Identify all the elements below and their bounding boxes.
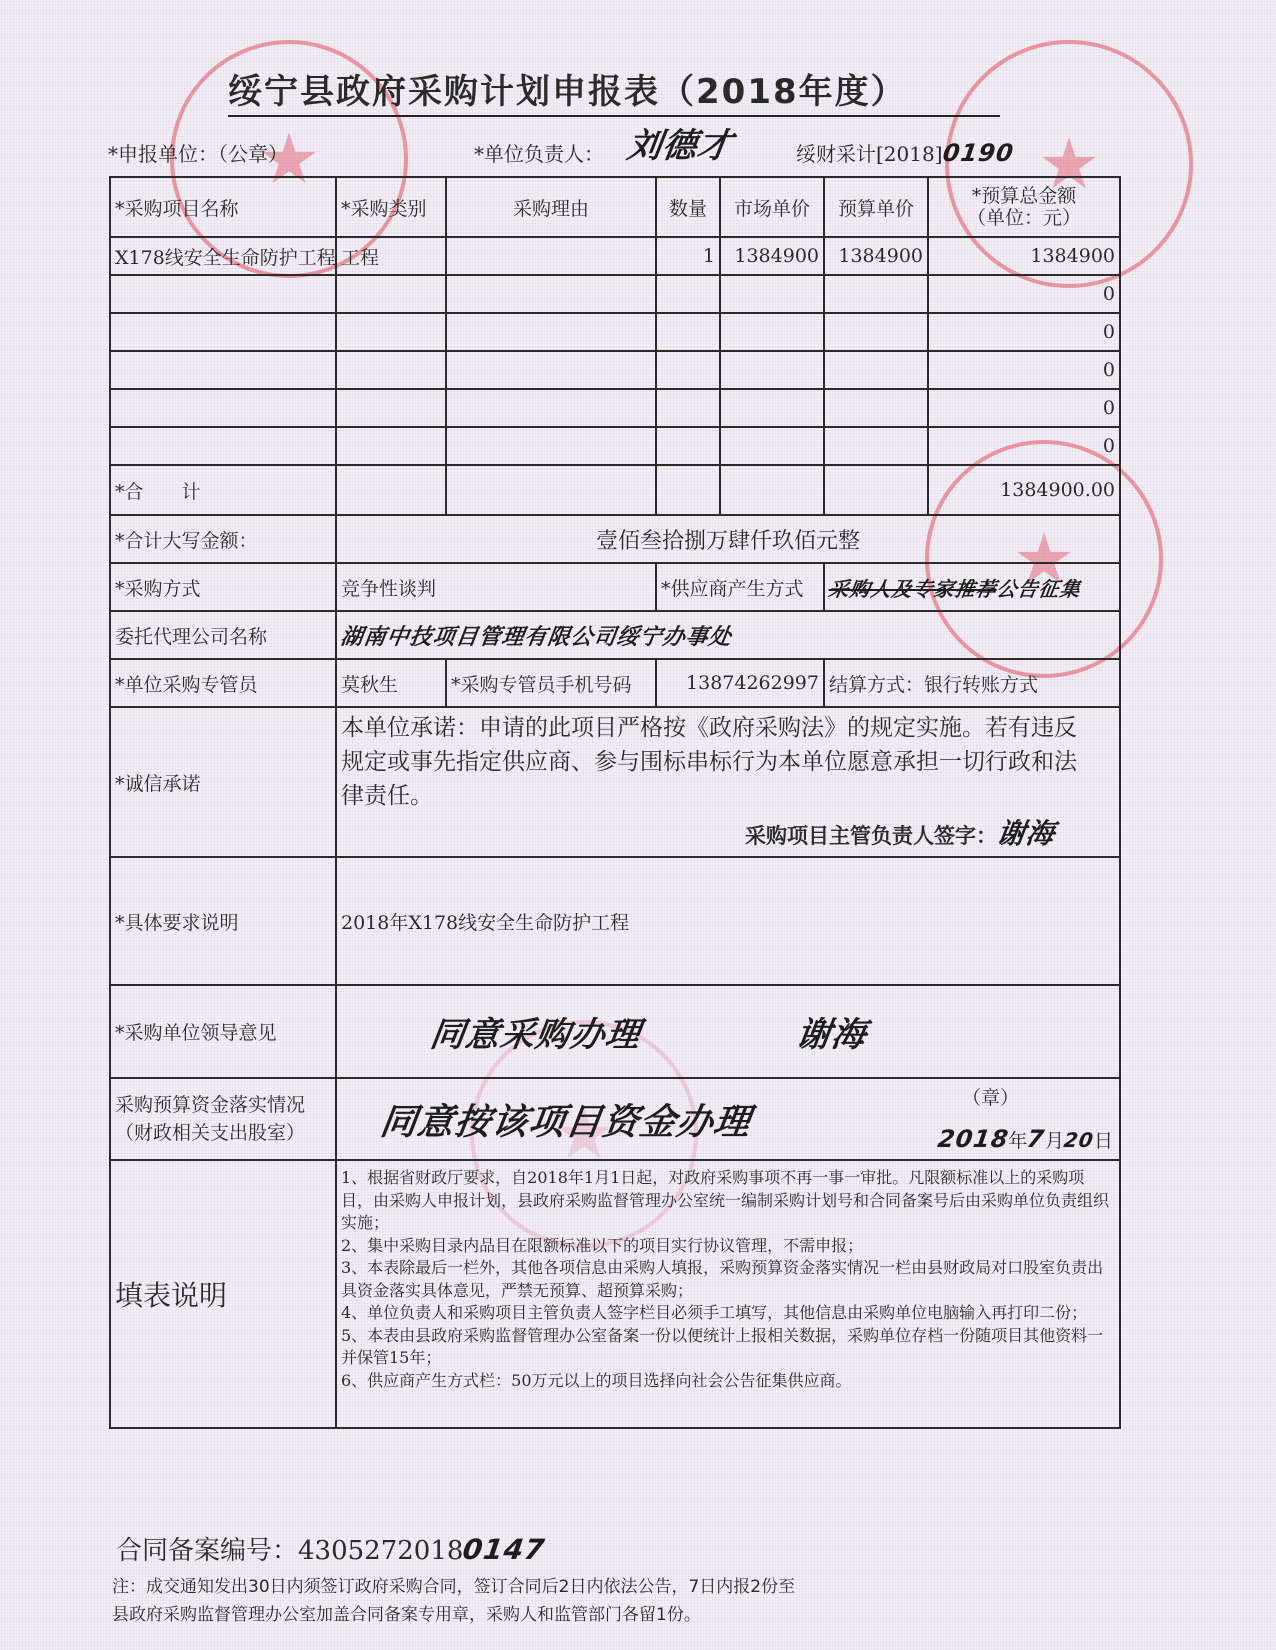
method-row: *采购方式 竞争性谈判 *供应商产生方式 采购人及专家推荐公告征集 (110, 563, 1120, 611)
leader-opinion-handwritten: 同意采购办理 (428, 1007, 645, 1056)
empty-cell (446, 465, 656, 515)
contract-number-label: 合同备案编号： (116, 1536, 298, 1566)
budget-cell: 同意按该项目资金办理 （章） 2018年7月20日 (336, 1078, 1120, 1160)
table-row: 0 (110, 313, 1120, 351)
col-header-budget-total-line1: *预算总金额 (933, 185, 1115, 207)
reporting-unit-label: *申报单位：（公章） (108, 138, 288, 167)
quantity-cell (656, 389, 720, 427)
phone-value: 13874262997 (656, 659, 824, 707)
promise-signature: 谢海 (995, 817, 1058, 851)
detail-label: *具体要求说明 (110, 857, 336, 985)
budget-total-cell: 1384900 (928, 237, 1120, 275)
date-month: 7 (1025, 1125, 1047, 1153)
leader-opinion-signature: 谢海 (794, 1007, 871, 1056)
market-price-cell (720, 427, 824, 465)
date-day-unit: 日 (1094, 1130, 1113, 1152)
instruction-item: 5、本表由县政府采购监督管理办公室备案一份以便统计上报相关数据，采购单位存档一份… (341, 1325, 1115, 1370)
budget-total-cell: 0 (928, 427, 1120, 465)
document-number-handwritten: 0190 (941, 139, 1016, 167)
table-row: X178线安全生命防护工程 工程 1 1384900 1384900 13849… (110, 237, 1120, 275)
quantity-cell (656, 313, 720, 351)
budget-handwritten: 同意按该项目资金办理 (377, 1094, 754, 1145)
promise-sign-line: 采购项目主管负责人签字：谢海 (341, 817, 1115, 853)
unit-leader-label: *单位负责人： (474, 138, 604, 167)
instructions-row: 填表说明 1、根据省财政厅要求，自2018年1月1日起，对政府采购事项不再一事一… (110, 1160, 1120, 1428)
item-name-cell (110, 351, 336, 389)
budget-price-cell (824, 389, 928, 427)
category-cell (336, 389, 446, 427)
date-day: 20 (1062, 1128, 1095, 1152)
item-name-cell: X178线安全生命防护工程 (110, 237, 336, 275)
col-header-budget-total: *预算总金额 （单位：元） (928, 177, 1120, 237)
category-cell (336, 427, 446, 465)
officer-label: *单位采购专管员 (110, 659, 336, 707)
agency-label: 委托代理公司名称 (110, 611, 336, 659)
category-cell (336, 275, 446, 313)
footer-note-line2: 县政府采购监督管理办公室加盖合同备案专用章，采购人和监管部门各留1份。 (112, 1600, 701, 1625)
market-price-cell (720, 389, 824, 427)
empty-cell (656, 465, 720, 515)
promise-text: 本单位承诺：申请的此项目严格按《政府采购法》的规定实施。若有违反规定或事先指定供… (341, 711, 1115, 813)
budget-total-cell: 0 (928, 275, 1120, 313)
promise-cell: 本单位承诺：申请的此项目严格按《政府采购法》的规定实施。若有违反规定或事先指定供… (336, 707, 1120, 857)
category-cell (336, 351, 446, 389)
officer-row: *单位采购专管员 莫秋生 *采购专管员手机号码 13874262997 结算方式… (110, 659, 1120, 707)
officer-value: 莫秋生 (336, 659, 446, 707)
category-cell: 工程 (336, 237, 446, 275)
col-header-budget-price: 预算单价 (824, 177, 928, 237)
item-name-cell (110, 389, 336, 427)
instruction-item: 1、根据省财政厅要求，自2018年1月1日起，对政府采购事项不再一事一审批。凡限… (341, 1167, 1115, 1235)
reason-cell (446, 389, 656, 427)
table-row: 0 (110, 389, 1120, 427)
budget-price-cell (824, 427, 928, 465)
document-number: 绥财采计[2018]0190 (796, 138, 1013, 167)
col-header-item-name: *采购项目名称 (110, 177, 336, 237)
agency-value: 湖南中技项目管理有限公司绥宁办事处 (336, 611, 1120, 659)
col-header-market-price: 市场单价 (720, 177, 824, 237)
date-year: 2018 (936, 1125, 1011, 1153)
contract-number: 4305272018 (298, 1536, 463, 1566)
budget-price-cell: 1384900 (824, 237, 928, 275)
col-header-budget-total-line2: （单位：元） (933, 207, 1115, 229)
table-header-row: *采购项目名称 *采购类别 采购理由 数量 市场单价 预算单价 *预算总金额 （… (110, 177, 1120, 237)
contract-number-handwritten: 0147 (461, 1533, 548, 1566)
approval-date: 2018年7月20日 (938, 1125, 1113, 1153)
supplier-method-label: *供应商产生方式 (656, 563, 824, 611)
seal-label: （章） (962, 1083, 1019, 1110)
reason-cell (446, 275, 656, 313)
page-title: 绥宁县政府采购计划申报表（2018年度） (228, 64, 1000, 117)
item-name-cell (110, 275, 336, 313)
quantity-cell (656, 275, 720, 313)
agency-row: 委托代理公司名称 湖南中技项目管理有限公司绥宁办事处 (110, 611, 1120, 659)
instruction-item: 6、供应商产生方式栏：50万元以上的项目选择向社会公告征集供应商。 (341, 1370, 1115, 1393)
sum-upper-row: *合计大写金额： 壹佰叁拾捌万肆仟玖佰元整 (110, 515, 1120, 563)
col-header-category: *采购类别 (336, 177, 446, 237)
date-month-unit: 月 (1045, 1130, 1064, 1152)
detail-row: *具体要求说明 2018年X178线安全生命防护工程 (110, 857, 1120, 985)
promise-row: *诚信承诺 本单位承诺：申请的此项目严格按《政府采购法》的规定实施。若有违反规定… (110, 707, 1120, 857)
instructions-cell: 1、根据省财政厅要求，自2018年1月1日起，对政府采购事项不再一事一审批。凡限… (336, 1160, 1120, 1428)
procurement-plan-table: *采购项目名称 *采购类别 采购理由 数量 市场单价 预算单价 *预算总金额 （… (109, 176, 1121, 1429)
phone-label: *采购专管员手机号码 (446, 659, 656, 707)
contract-number-line: 合同备案编号：43052720180147 (116, 1530, 545, 1567)
footer-note-line1: 注：成交通知发出30日内须签订政府采购合同，签订合同后2日内依法公告，7日内报2… (112, 1572, 795, 1597)
budget-total-cell: 0 (928, 389, 1120, 427)
document-number-prefix: 绥财采计[2018] (796, 142, 943, 166)
settlement-method: 结算方式：银行转账方式 (824, 659, 1120, 707)
promise-sign-label: 采购项目主管负责人签字： (745, 824, 997, 848)
sum-value: 1384900.00 (928, 465, 1120, 515)
empty-cell (720, 465, 824, 515)
method-label: *采购方式 (110, 563, 336, 611)
reason-cell (446, 351, 656, 389)
item-name-cell (110, 313, 336, 351)
quantity-cell (656, 351, 720, 389)
reason-cell (446, 313, 656, 351)
market-price-cell: 1384900 (720, 237, 824, 275)
col-header-reason: 采购理由 (446, 177, 656, 237)
table-row: 0 (110, 275, 1120, 313)
reason-cell (446, 237, 656, 275)
quantity-cell (656, 427, 720, 465)
budget-label-line2: （财政相关支出股室） (115, 1119, 331, 1147)
budget-price-cell (824, 313, 928, 351)
supplier-method-value: 采购人及专家推荐公告征集 (824, 563, 1120, 611)
leader-opinion-row: *采购单位领导意见 同意采购办理 谢海 (110, 985, 1120, 1078)
col-header-quantity: 数量 (656, 177, 720, 237)
budget-total-cell: 0 (928, 313, 1120, 351)
instructions-label: 填表说明 (110, 1160, 336, 1428)
budget-label: 采购预算资金落实情况 （财政相关支出股室） (110, 1078, 336, 1160)
table-row: 0 (110, 351, 1120, 389)
empty-cell (336, 465, 446, 515)
market-price-cell (720, 313, 824, 351)
detail-value: 2018年X178线安全生命防护工程 (336, 857, 1120, 985)
promise-label: *诚信承诺 (110, 707, 336, 857)
budget-label-line1: 采购预算资金落实情况 (115, 1091, 331, 1119)
category-cell (336, 313, 446, 351)
unit-leader-signature: 刘德才 (625, 118, 737, 167)
supplier-method-struck: 采购人及专家推荐 (827, 573, 999, 602)
supplier-method-handwritten: 公告征集 (995, 573, 1083, 602)
budget-price-cell (824, 351, 928, 389)
leader-opinion-label: *采购单位领导意见 (110, 985, 336, 1078)
leader-opinion-cell: 同意采购办理 谢海 (336, 985, 1120, 1078)
empty-cell (824, 465, 928, 515)
market-price-cell (720, 351, 824, 389)
sum-upper-label: *合计大写金额： (110, 515, 336, 563)
instruction-item: 4、单位负责人和采购项目主管负责人签字栏目必须手工填写，其他信息由采购单位电脑输… (341, 1302, 1115, 1325)
method-value: 竞争性谈判 (336, 563, 656, 611)
budget-price-cell (824, 275, 928, 313)
instruction-item: 2、集中采购目录内品目在限额标准以下的项目实行协议管理，不需申报； (341, 1235, 1115, 1258)
budget-row: 采购预算资金落实情况 （财政相关支出股室） 同意按该项目资金办理 （章） 201… (110, 1078, 1120, 1160)
market-price-cell (720, 275, 824, 313)
agency-handwritten: 湖南中技项目管理有限公司绥宁办事处 (339, 620, 734, 651)
instruction-item: 3、本表除最后一栏外，其他各项信息由采购人填报，采购预算资金落实情况一栏由县财政… (341, 1257, 1115, 1302)
sum-row: *合 计 1384900.00 (110, 465, 1120, 515)
item-name-cell (110, 427, 336, 465)
table-row: 0 (110, 427, 1120, 465)
sum-upper-value: 壹佰叁拾捌万肆仟玖佰元整 (336, 515, 1120, 563)
budget-total-cell: 0 (928, 351, 1120, 389)
quantity-cell: 1 (656, 237, 720, 275)
sum-label: *合 计 (110, 465, 336, 515)
reason-cell (446, 427, 656, 465)
